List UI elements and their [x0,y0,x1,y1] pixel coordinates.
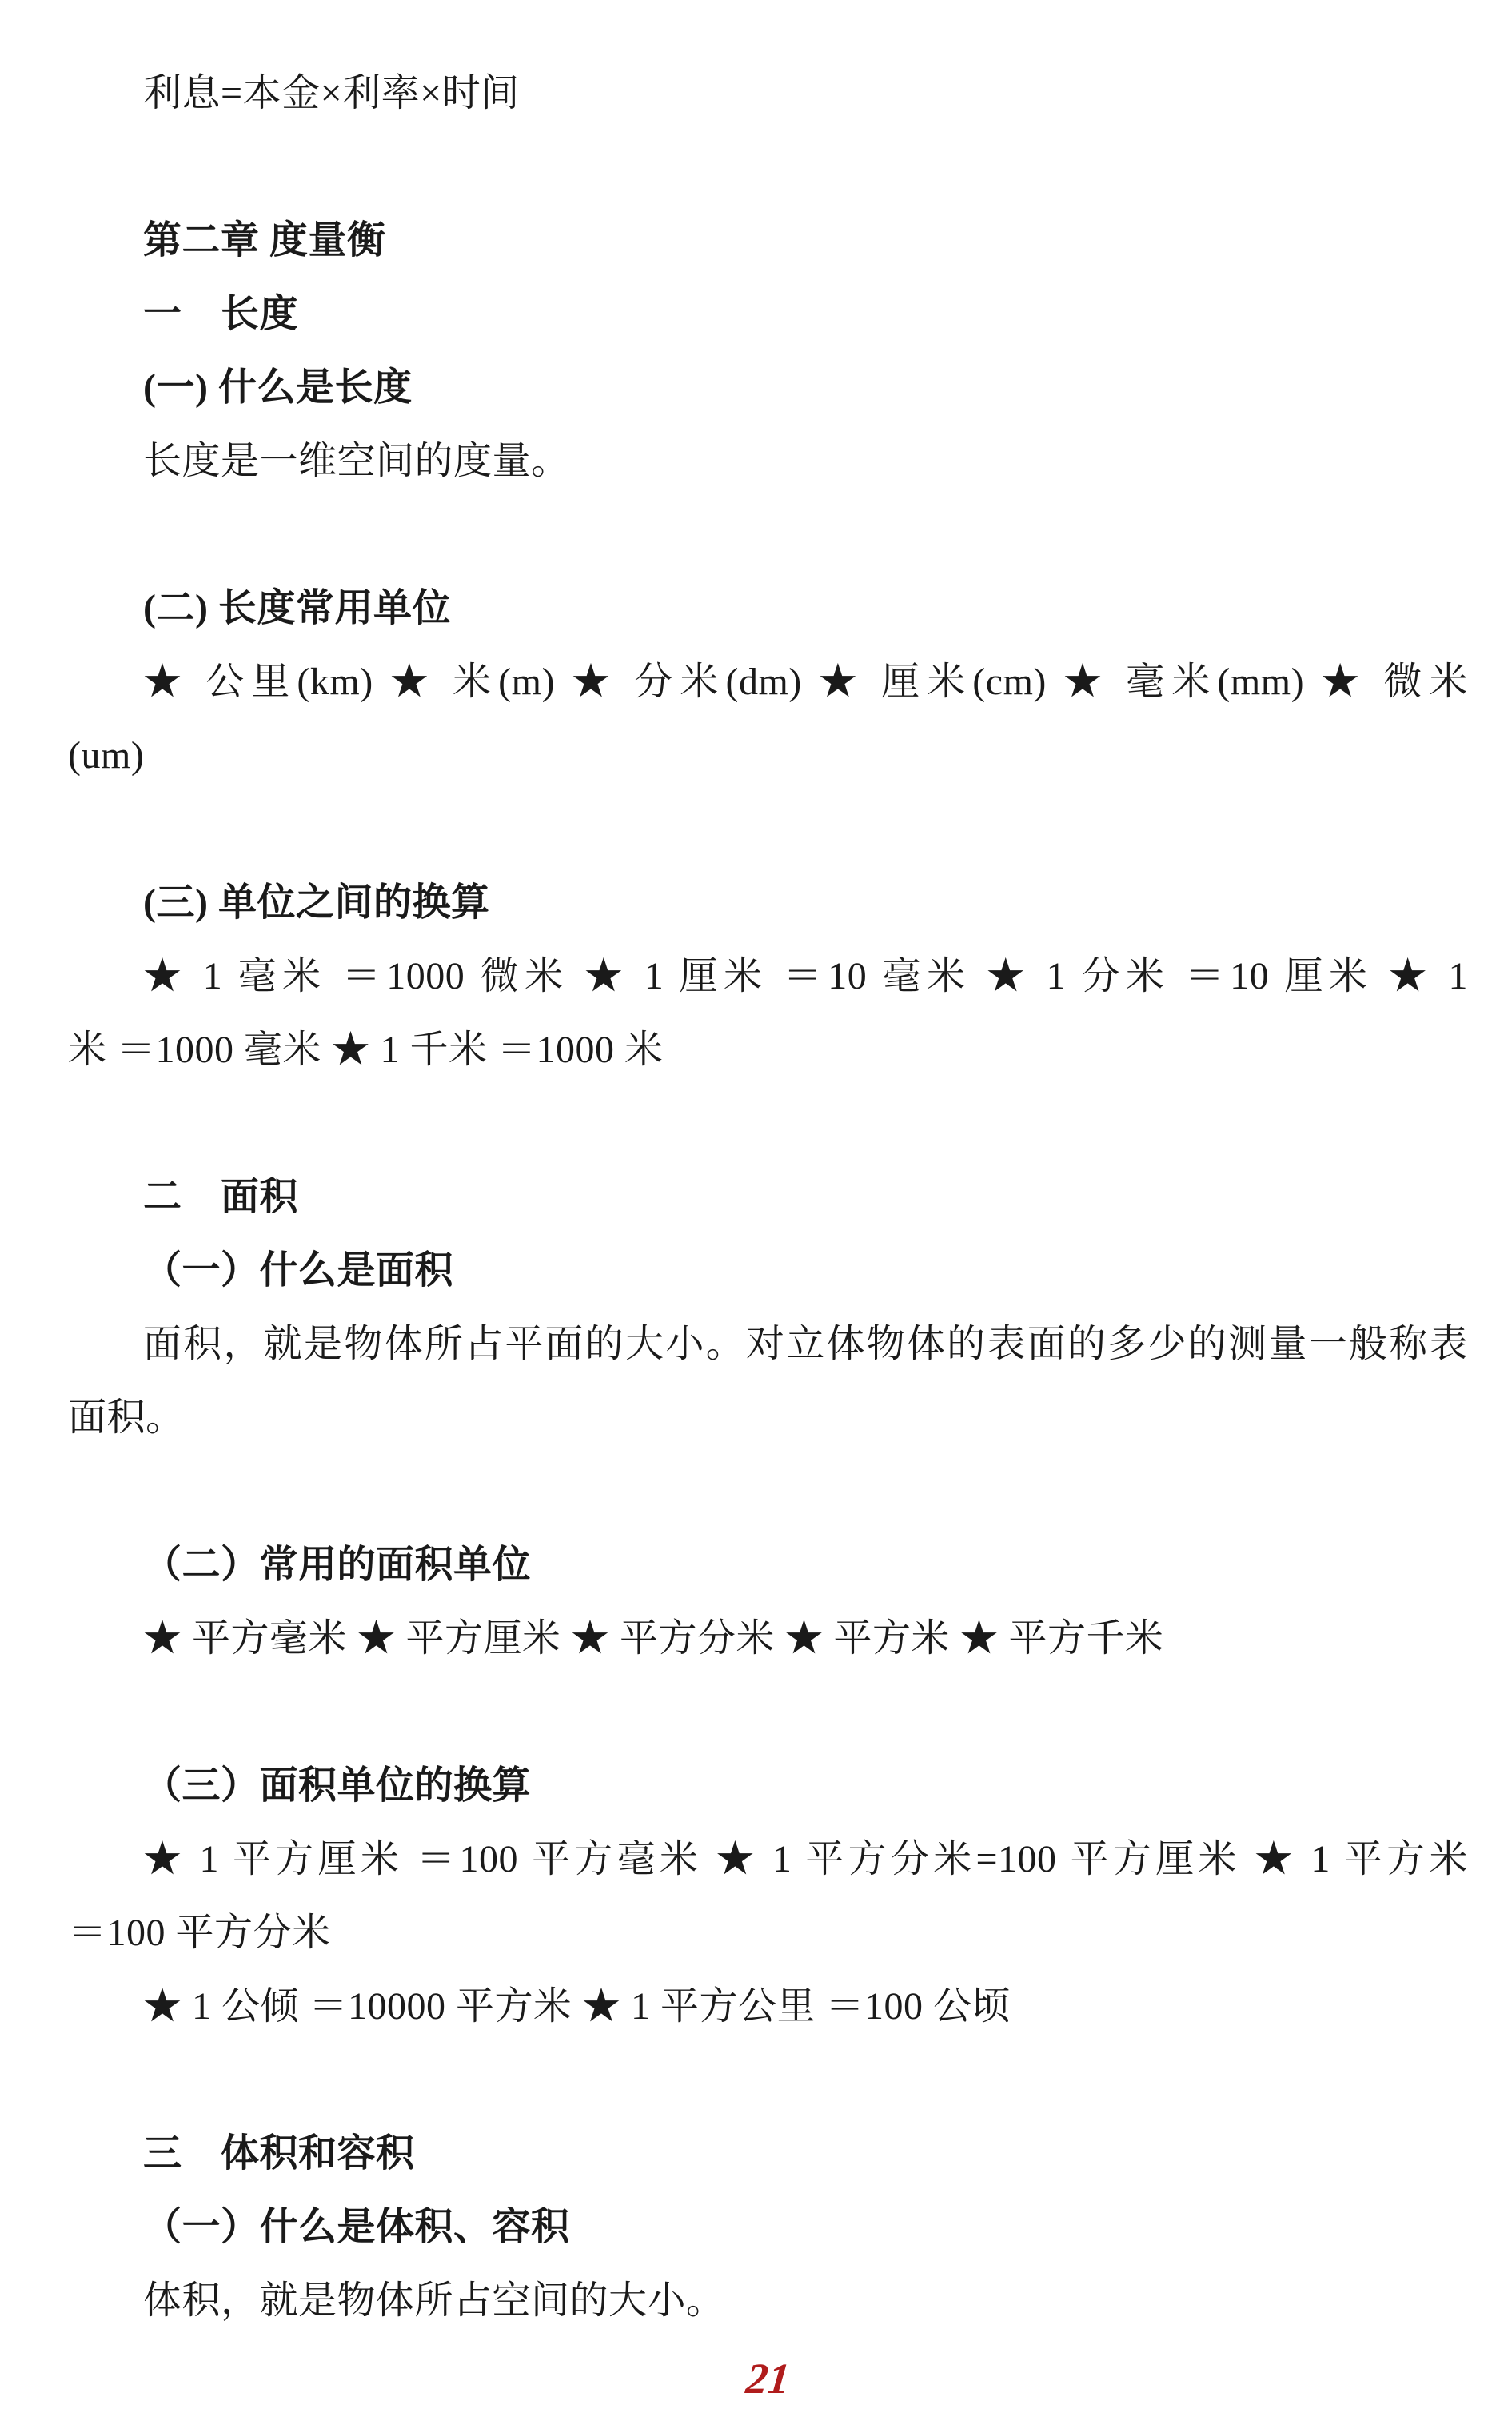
length-def-heading: (一) 什么是长度 [68,351,1468,425]
area-section-title: 二 面积 [68,1161,1468,1234]
area-conv-line-2: ＝100 平方分米 [68,1896,1468,1970]
area-units-line: ★ 平方毫米 ★ 平方厘米 ★ 平方分米 ★ 平方米 ★ 平方千米 [68,1602,1468,1676]
volume-section-title: 三 体积和容积 [68,2117,1468,2191]
area-units-heading: （二）常用的面积单位 [68,1528,1468,1602]
document-page: 利息=本金×利率×时间 第二章 度量衡 一 长度 (一) 什么是长度 长度是一维… [0,0,1512,2429]
area-def-line-1: 面积，就是物体所占平面的大小。对立体物体的表面的多少的测量一般称表 [68,1308,1468,1381]
length-def-body: 长度是一维空间的度量。 [68,425,1468,498]
length-units-heading: (二) 长度常用单位 [68,572,1468,645]
page-number: 21 [66,2352,1471,2405]
area-conv-line-3: ★ 1 公倾 ＝10000 平方米 ★ 1 平方公里 ＝100 公顷 [68,1970,1468,2043]
length-section-title: 一 长度 [68,278,1468,351]
area-def-heading: （一）什么是面积 [68,1234,1468,1308]
length-units-line-2: (um) [68,719,1468,793]
volume-def-body: 体积，就是物体所占空间的大小。 [68,2264,1468,2338]
area-conv-line-1: ★ 1 平方厘米 ＝100 平方毫米 ★ 1 平方分米=100 平方厘米 ★ 1… [68,1823,1468,1896]
length-conv-heading: (三) 单位之间的换算 [68,866,1468,940]
chapter-2-title: 第二章 度量衡 [68,204,1468,278]
length-conv-line-2: 米 ＝1000 毫米 ★ 1 千米 ＝1000 米 [68,1013,1468,1087]
volume-def-heading: （一）什么是体积、容积 [68,2191,1468,2264]
area-conv-heading: （三）面积单位的换算 [68,1749,1468,1823]
length-units-line-1: ★ 公里(km) ★ 米(m) ★ 分米(dm) ★ 厘米(cm) ★ 毫米(m… [68,645,1468,719]
length-conv-line-1: ★ 1 毫米 ＝1000 微米 ★ 1 厘米 ＝10 毫米 ★ 1 分米 ＝10… [68,940,1468,1013]
area-def-line-2: 面积。 [68,1381,1468,1455]
interest-formula-line: 利息=本金×利率×时间 [68,57,1468,130]
